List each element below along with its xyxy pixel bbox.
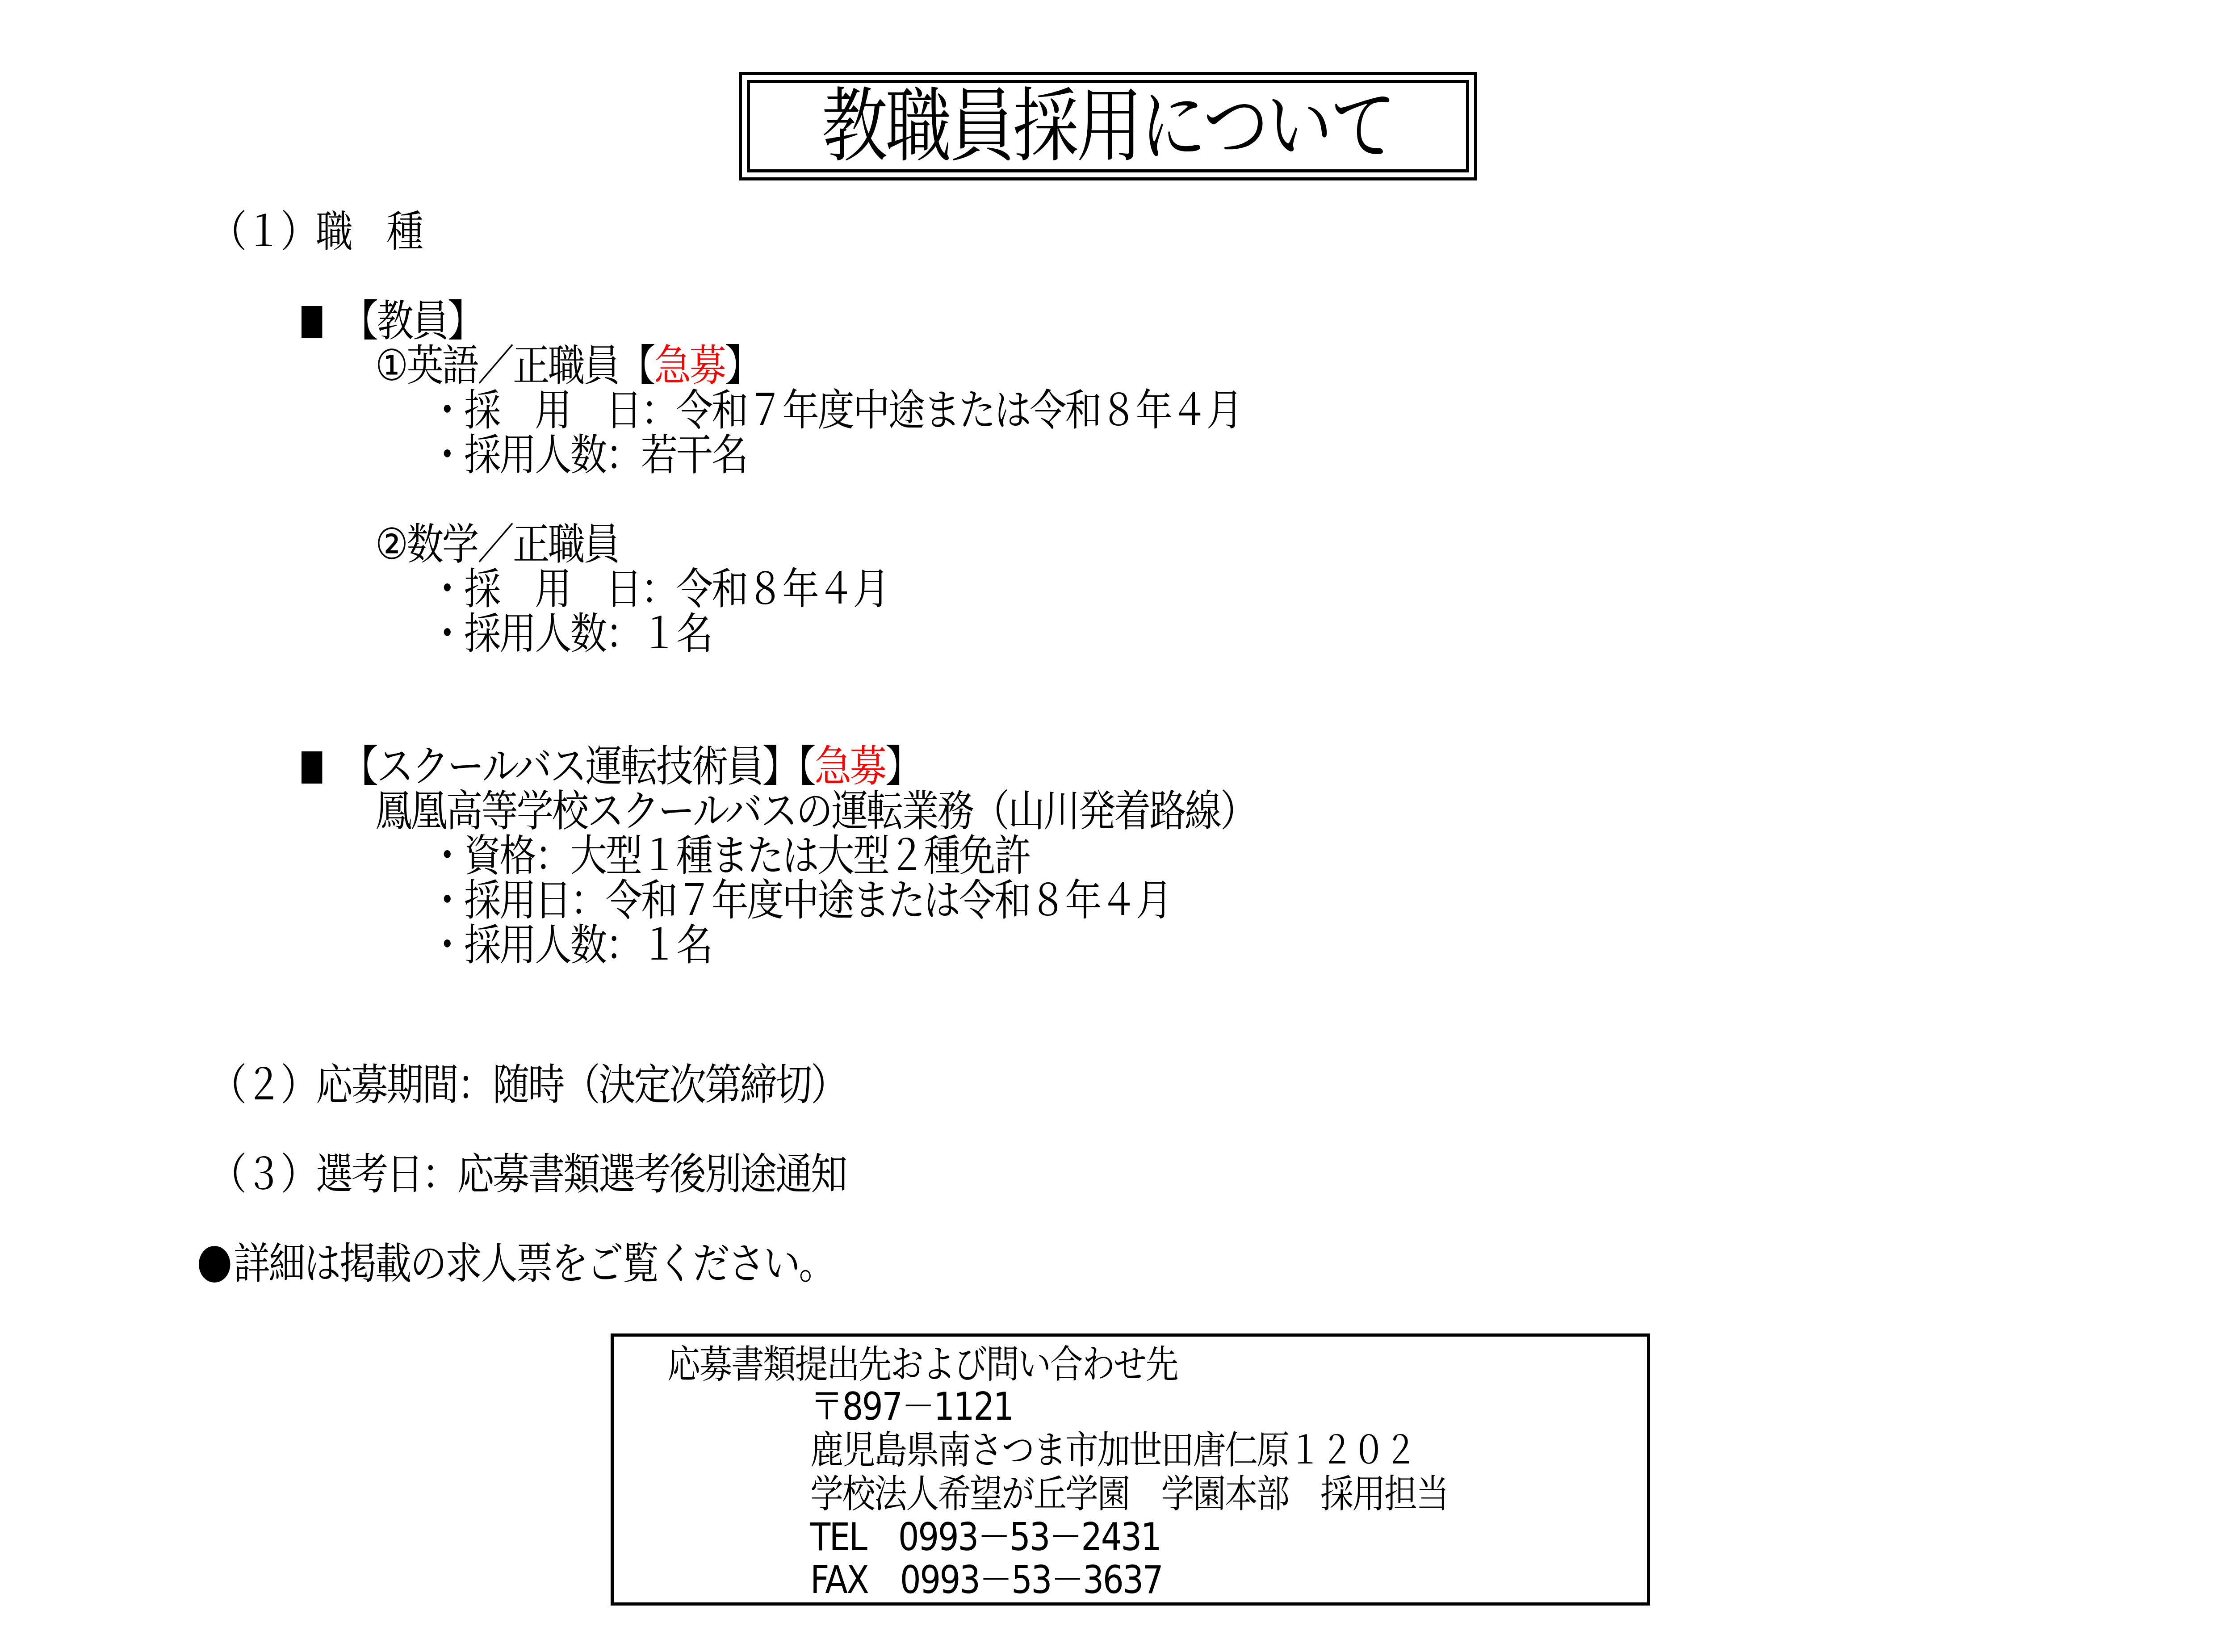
bracket-open: 【 bbox=[619, 340, 654, 390]
contact-postal-code: 〒897－1121 bbox=[810, 1387, 1013, 1427]
bus-hire-count: ・採用人数：１名 bbox=[429, 922, 712, 967]
section-3-selection-date: （３）選考日：応募書類選考後別途通知 bbox=[210, 1152, 846, 1196]
math-hire-count: ・採用人数：１名 bbox=[429, 611, 712, 656]
bus-category-label: 【スクールバス運転技術員】 bbox=[341, 741, 797, 791]
bus-description: 鳳凰高等学校スクールバスの運転業務（山川発着路線） bbox=[375, 788, 1256, 833]
bus-hire-date: ・採用日：令和７年度中途または令和８年４月 bbox=[429, 878, 1171, 922]
section-1-heading: （１）職 種 bbox=[210, 209, 422, 254]
teacher-category-label: 【教員】 bbox=[341, 296, 482, 346]
details-note: 詳細は掲載の求人票をご覧ください。 bbox=[199, 1241, 834, 1286]
contact-fax: FAX 0993－53－3637 bbox=[810, 1560, 1162, 1600]
position-english: ①英語／正職員【急募】 bbox=[375, 343, 760, 388]
contact-address: 鹿児島県南さつま市加世田唐仁原１２０２ bbox=[810, 1430, 1416, 1471]
details-note-text: 詳細は掲載の求人票をご覧ください。 bbox=[233, 1238, 834, 1288]
square-bullet-icon bbox=[302, 306, 322, 338]
contact-box: 応募書類提出先および問い合わせ先 〒897－1121 鹿児島県南さつま市加世田唐… bbox=[611, 1333, 1650, 1606]
bracket-close: 】 bbox=[725, 340, 760, 390]
position-english-label: ①英語／正職員 bbox=[375, 340, 619, 390]
urgent-badge: 急募 bbox=[814, 741, 885, 791]
bus-category: 【スクールバス運転技術員】【急募】 bbox=[302, 744, 921, 788]
circle-bullet-icon bbox=[199, 1246, 230, 1283]
math-hire-date: ・採 用 日：令和８年４月 bbox=[429, 566, 888, 611]
contact-organization: 学校法人希望が丘学園 学園本部 採用担当 bbox=[810, 1474, 1448, 1514]
bracket-open: 【 bbox=[798, 741, 815, 791]
section-2-application-period: （２）応募期間：随時（決定次第締切） bbox=[210, 1062, 846, 1107]
english-hire-count: ・採用人数：若干名 bbox=[429, 432, 747, 477]
contact-tel: TEL 0993－53－2431 bbox=[810, 1517, 1160, 1557]
square-bullet-icon bbox=[302, 751, 322, 784]
contact-heading: 応募書類提出先および問い合わせ先 bbox=[667, 1345, 1177, 1385]
bracket-close: 】 bbox=[885, 741, 921, 791]
title-box: 教職員採用について bbox=[739, 72, 1477, 180]
title-inner-box: 教職員採用について bbox=[747, 80, 1469, 172]
english-hire-date: ・採 用 日：令和７年度中途または令和８年４月 bbox=[429, 388, 1242, 432]
bus-qualification: ・資格：大型１種または大型２種免許 bbox=[429, 833, 1030, 878]
teacher-category: 【教員】 bbox=[302, 298, 483, 343]
position-math: ②数学／正職員 bbox=[375, 522, 619, 566]
urgent-badge: 急募 bbox=[654, 340, 725, 390]
page-title: 教職員採用について bbox=[822, 84, 1394, 169]
